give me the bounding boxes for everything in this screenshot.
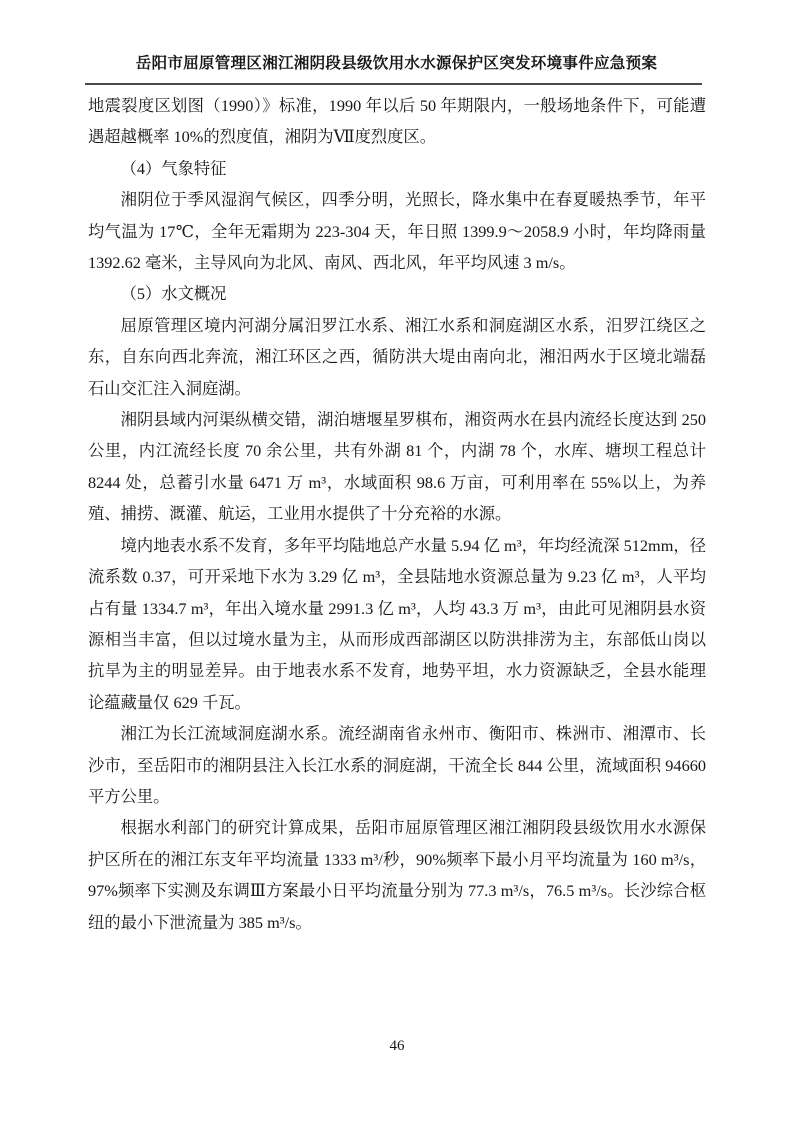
paragraph-climate: 湘阴位于季风湿润气候区，四季分明，光照长，降水集中在春夏暖热季节，年平均气温为 … (88, 184, 706, 278)
paragraph-xiangjiang-basin: 湘江为长江流域洞庭湖水系。流经湖南省永州市、衡阳市、株洲市、湘潭市、长沙市，至岳… (88, 718, 706, 812)
page-title: 岳阳市屈原管理区湘江湘阴段县级饮用水水源保护区突发环境事件应急预案 (87, 54, 707, 74)
header-divider (85, 83, 702, 85)
page-number: 46 (390, 1038, 405, 1054)
paragraph-flow-statistics: 根据水利部门的研究计算成果，岳阳市屈原管理区湘江湘阴段县级饮用水水源保护区所在的… (88, 812, 706, 938)
paragraph-seismic-intensity: 地震裂度区划图（1990）》标准，1990 年以后 50 年期限内，一般场地条件… (88, 90, 706, 153)
document-body: 地震裂度区划图（1990）》标准，1990 年以后 50 年期限内，一般场地条件… (0, 90, 793, 938)
heading-hydrology-overview: （5）水文概况 (88, 278, 706, 309)
page-footer: 46 (88, 1036, 706, 1056)
page-header: 岳阳市屈原管理区湘江湘阴段县级饮用水水源保护区突发环境事件应急预案 (0, 0, 793, 85)
paragraph-river-systems: 屈原管理区境内河湖分属汨罗江水系、湘江水系和洞庭湖区水系，汨罗江绕区之东，自东向… (88, 310, 706, 404)
paragraph-water-resources: 境内地表水系不发育，多年平均陆地总产水量 5.94 亿 m³，年均经流深 512… (88, 530, 706, 718)
document-page: 岳阳市屈原管理区湘江湘阴段县级饮用水水源保护区突发环境事件应急预案 地震裂度区划… (0, 0, 793, 1122)
heading-meteorological-features: （4）气象特征 (88, 153, 706, 184)
paragraph-county-waterways: 湘阴县域内河渠纵横交错，湖泊塘堰星罗棋布，湘资两水在县内流经长度达到 250 公… (88, 404, 706, 530)
